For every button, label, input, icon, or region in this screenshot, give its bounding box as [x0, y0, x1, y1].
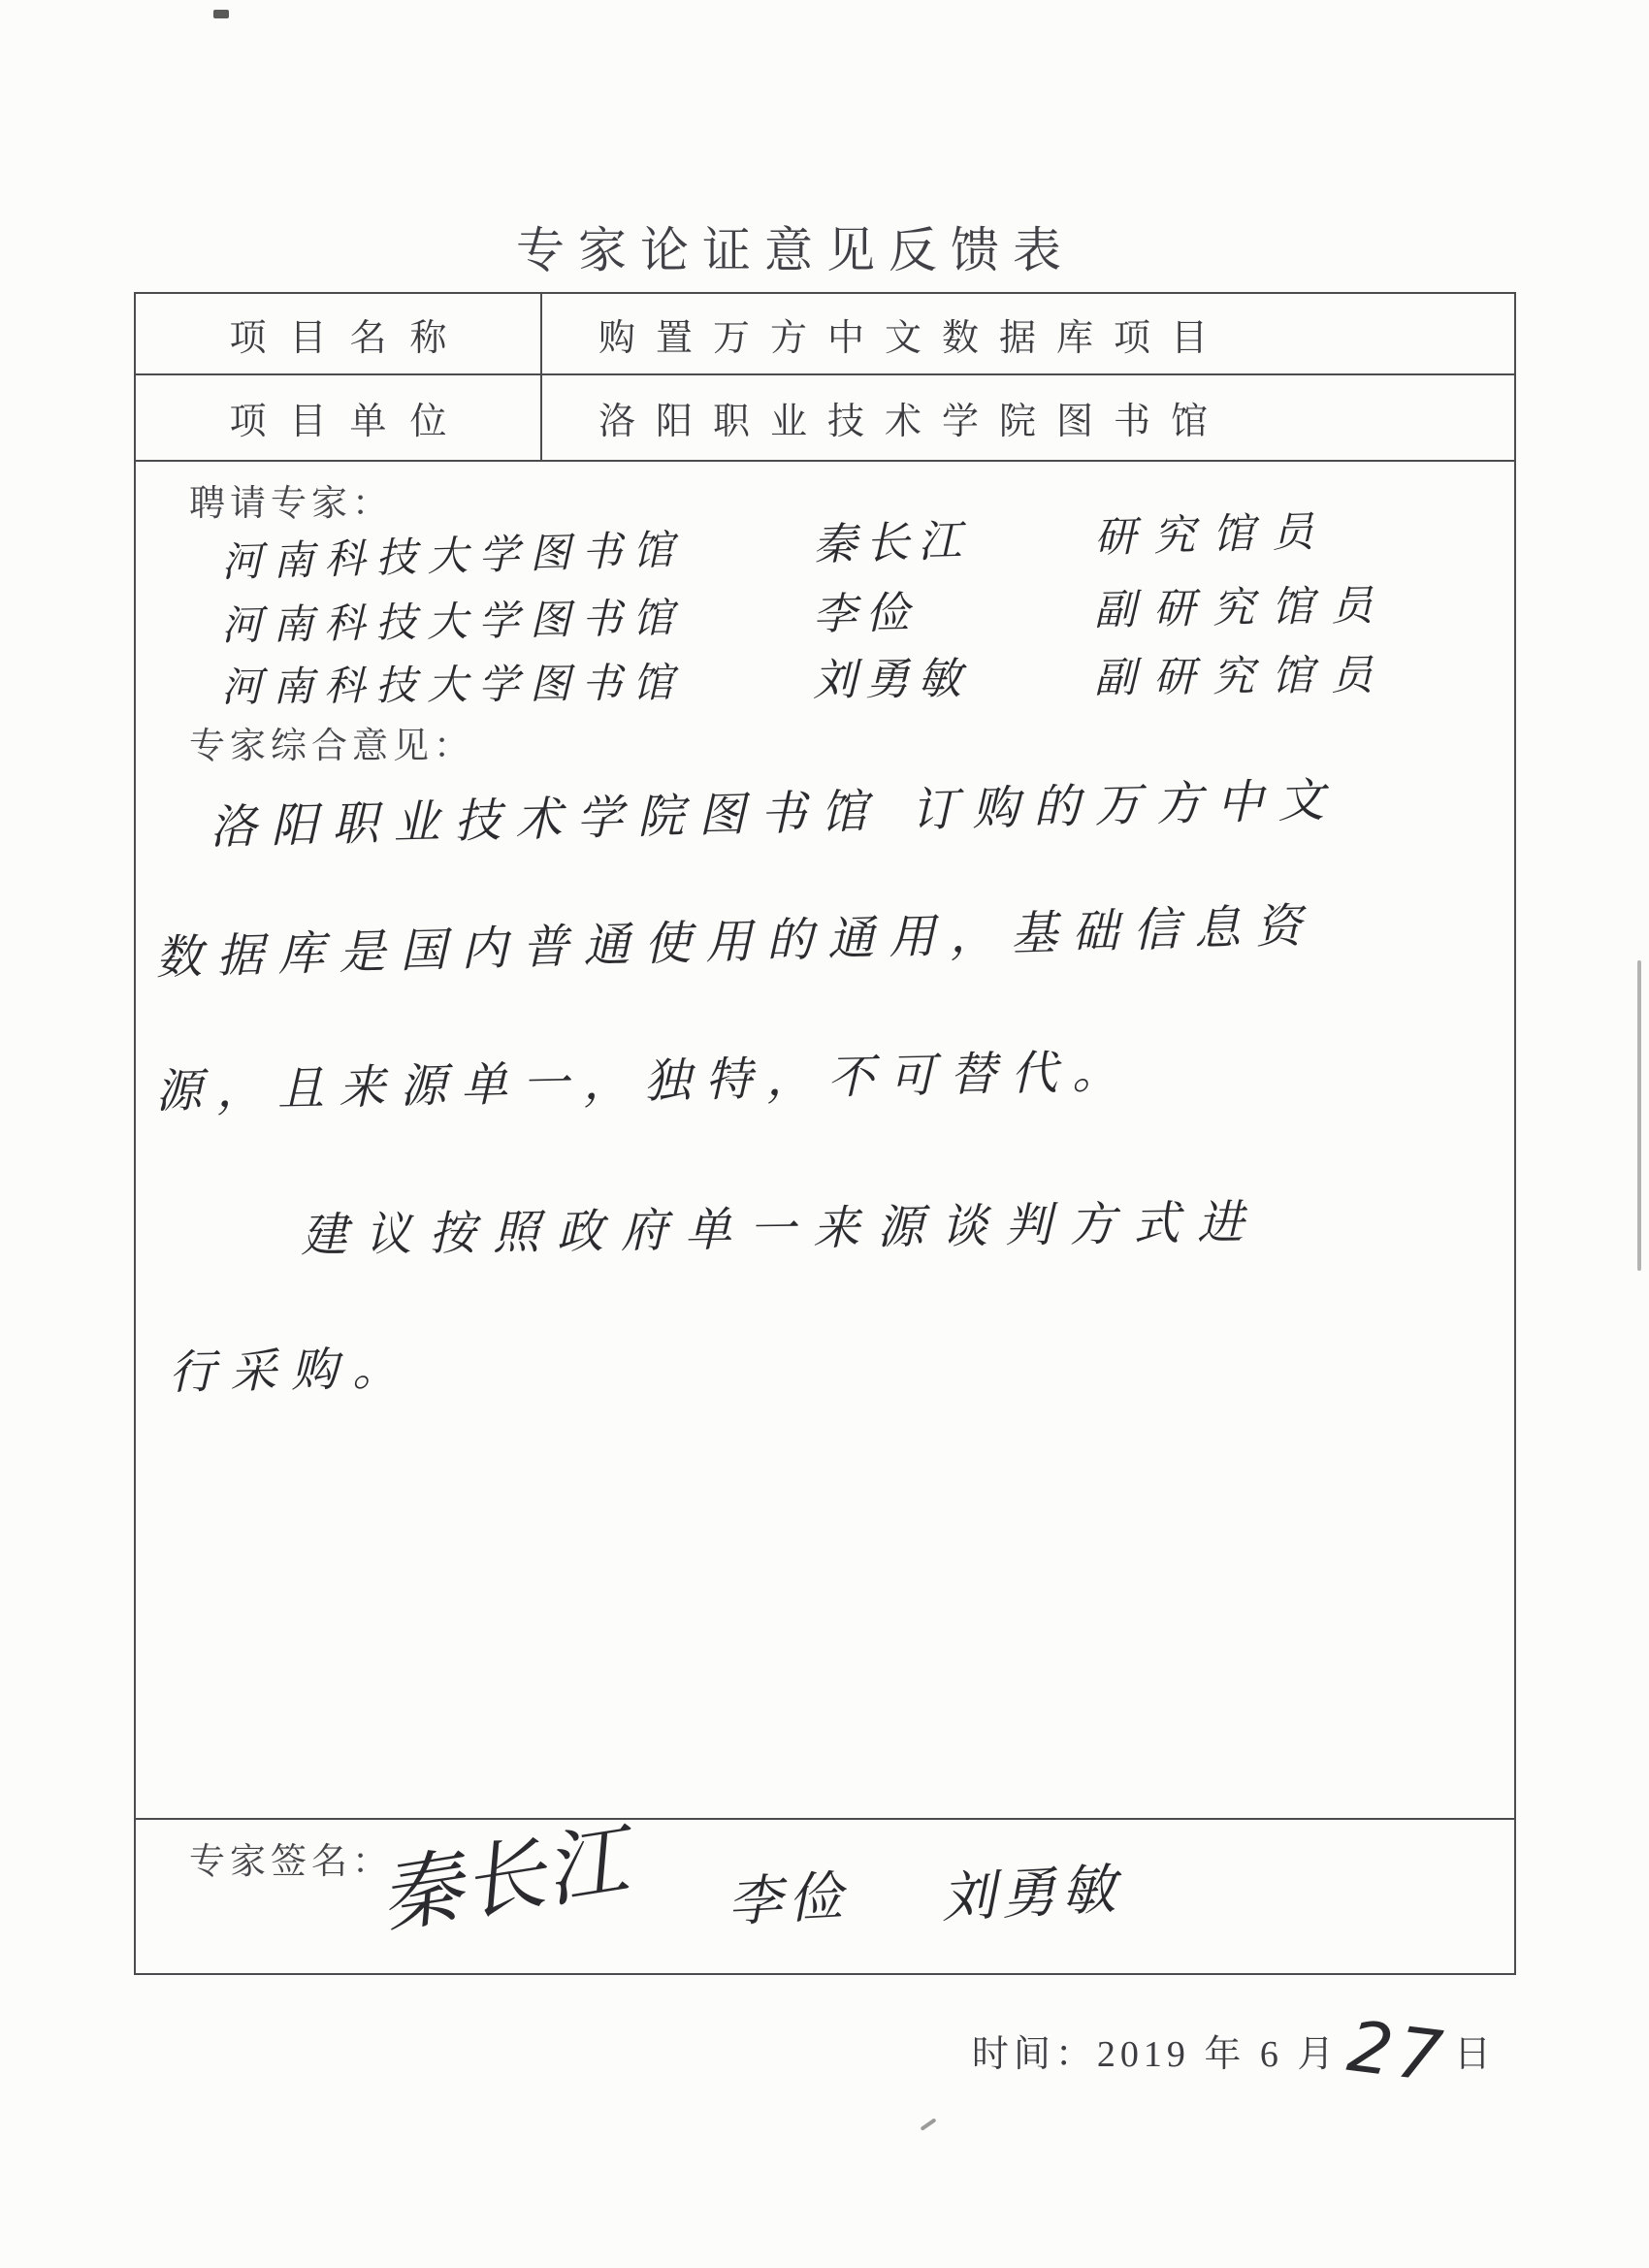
scan-artifact [920, 2118, 936, 2131]
opinion-line: 行采购。 [168, 1331, 413, 1402]
opinion-line: 建议按照政府单一来源谈判方式进 [301, 1184, 1262, 1265]
expert-org: 河南科技大学图书馆 [220, 514, 813, 589]
project-unit-label: 项目单位 [136, 375, 542, 460]
page-title: 专家论证意见反馈表 [0, 211, 1620, 281]
time-day-handwritten: 27 [1348, 2046, 1446, 2057]
expert-signature-label: 专家签名： [189, 1831, 393, 1884]
time-line: 时间：2019 年 6 月 27 日 [972, 2024, 1496, 2077]
scan-artifact [1637, 960, 1641, 1271]
expert-title: 副研究馆员 [1094, 641, 1476, 704]
project-unit-value: 洛阳职业技术学院图书馆 [542, 375, 1514, 460]
table-row-project-name: 项目名称 购置万方中文数据库项目 [136, 294, 1514, 375]
form-table: 项目名称 购置万方中文数据库项目 项目单位 洛阳职业技术学院图书馆 聘请专家： … [134, 292, 1516, 1975]
expert-name: 秦长江 [812, 502, 1095, 572]
expert-opinion-label: 专家综合意见： [189, 716, 474, 768]
project-name-label: 项目名称 [136, 294, 542, 373]
expert-org: 河南科技大学图书馆 [221, 584, 814, 653]
scanned-feedback-form: 专家论证意见反馈表 项目名称 购置万方中文数据库项目 项目单位 洛阳职业技术学院… [0, 0, 1649, 2268]
signature: 李俭 [726, 1854, 850, 1937]
expert-title: 研究馆员 [1093, 495, 1476, 565]
expert-name: 李俭 [812, 574, 1094, 642]
time-prefix: 时间：2019 年 6 月 [972, 2034, 1340, 2075]
time-suffix: 日 [1454, 2034, 1496, 2075]
signature-row: 专家签名： 秦长江 李俭 刘勇敏 [136, 1820, 1514, 1971]
project-name-value: 购置万方中文数据库项目 [542, 294, 1514, 373]
signature: 刘勇敏 [939, 1846, 1123, 1933]
invited-experts-label: 聘请专家： [189, 473, 393, 526]
table-row-project-unit: 项目单位 洛阳职业技术学院图书馆 [136, 375, 1514, 462]
expert-org: 河南科技大学图书馆 [221, 649, 814, 713]
expert-title: 副研究馆员 [1093, 571, 1475, 637]
opinion-line: 数据库是国内普通使用的通用，基础信息资 [154, 888, 1316, 987]
expert-name: 刘勇敏 [813, 641, 1095, 707]
opinion-line: 源，且来源单一，独特，不可替代。 [154, 1033, 1133, 1120]
expert-row: 河南科技大学图书馆 刘勇敏 副研究馆员 [221, 637, 1476, 714]
scan-artifact [213, 10, 229, 18]
opinion-line: 洛阳职业技术学院图书馆 订购的万方中文 [209, 762, 1340, 857]
experts-and-opinion-cell: 聘请专家： 河南科技大学图书馆 秦长江 研究馆员 河南科技大学图书馆 李俭 副研… [136, 462, 1514, 1820]
